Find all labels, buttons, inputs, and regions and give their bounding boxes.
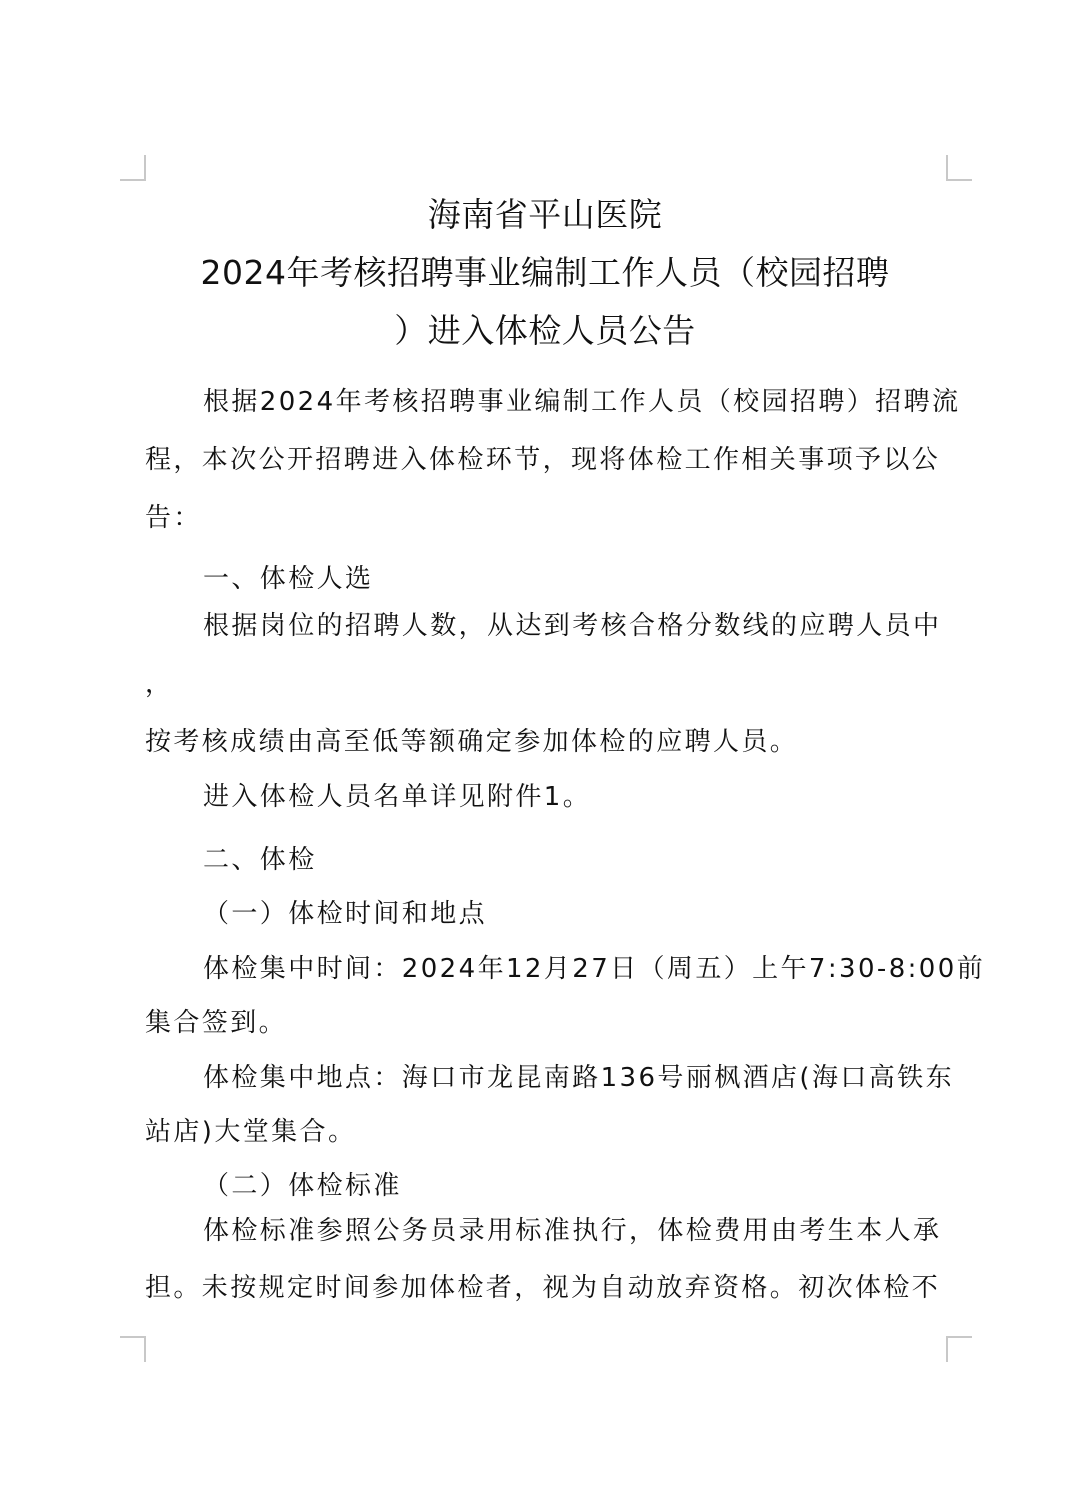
margin-corner-mark-top-right: [946, 155, 972, 181]
subsection-2-2-heading: （二）体检标准: [203, 1168, 402, 1204]
section-1-heading: 一、体检人选: [203, 561, 373, 597]
exam-standard-line-1: 体检标准参照公务员录用标准执行，体检费用由考生本人承: [203, 1213, 941, 1249]
intro-line-1: 根据2024年考核招聘事业编制工作人员（校园招聘）招聘流: [203, 384, 960, 420]
section-1-attachment-note: 进入体检人员名单详见附件1。: [203, 779, 591, 815]
section-2-heading: 二、体检: [203, 842, 317, 878]
document-title: 海南省平山医院 2024年考核招聘事业编制工作人员（校园招聘 ）进入体检人员公告: [120, 186, 970, 360]
exam-time-line-1: 体检集中时间：2024年12月27日（周五）上午7:30-8:00前: [203, 951, 985, 987]
margin-corner-mark-top-left: [120, 155, 146, 181]
margin-corner-mark-bottom-left: [120, 1336, 146, 1362]
intro-line-3: 告：: [145, 500, 202, 536]
section-1-para-line-2: ，: [145, 666, 173, 702]
document-page: 海南省平山医院 2024年考核招聘事业编制工作人员（校园招聘 ）进入体检人员公告…: [0, 0, 1080, 1512]
title-line-3: ）进入体检人员公告: [120, 302, 970, 360]
exam-place-line-1: 体检集中地点：海口市龙昆南路136号丽枫酒店(海口高铁东: [203, 1060, 954, 1096]
title-line-2: 2024年考核招聘事业编制工作人员（校园招聘: [120, 244, 970, 302]
title-line-1: 海南省平山医院: [120, 186, 970, 244]
margin-corner-mark-bottom-right: [946, 1336, 972, 1362]
section-1-para-line-3: 按考核成绩由高至低等额确定参加体检的应聘人员。: [145, 724, 798, 760]
intro-line-2: 程，本次公开招聘进入体检环节，现将体检工作相关事项予以公: [145, 442, 940, 478]
exam-time-line-2: 集合签到。: [145, 1005, 287, 1041]
exam-place-line-2: 站店)大堂集合。: [145, 1114, 356, 1150]
subsection-2-1-heading: （一）体检时间和地点: [203, 896, 487, 932]
section-1-para-line-1: 根据岗位的招聘人数，从达到考核合格分数线的应聘人员中: [203, 608, 941, 644]
exam-standard-line-2: 担。未按规定时间参加体检者，视为自动放弃资格。初次体检不: [145, 1270, 940, 1306]
